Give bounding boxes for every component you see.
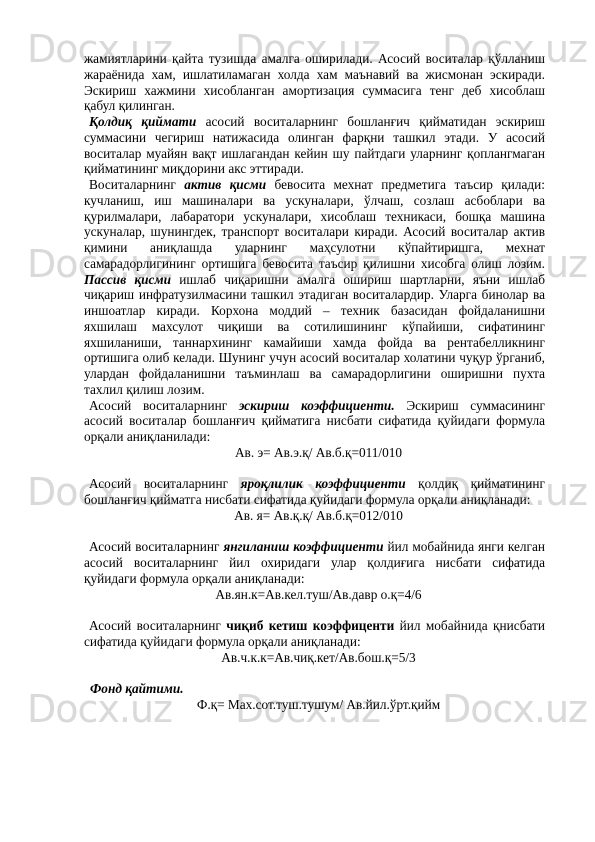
document-page: жамиятларини қайта тузишда амалга оширил… [84,51,545,713]
blank-line [84,665,545,681]
paragraph-text: Асосий воситаларнинг [89,398,239,413]
paragraph-retirement-coefficient: Асосий воситаларнинг чиқиб кетиш коэффиц… [84,618,545,650]
term-passive-part: Пассив қисми [84,272,171,287]
paragraph-text: Воситаларнинг [89,177,184,192]
term-residual-value: Қолдиқ қиймати [89,114,196,129]
formula-retirement: Ав.ч.к.к=Ав.чиқ.кет/Ав.бош.қ=5/3 [84,650,545,666]
paragraph-text: Асосий воситаларнинг [89,476,241,491]
paragraph-text: ишлаб чиқаришни амалга ошириш шартларни,… [84,272,545,397]
paragraph-active-passive-parts: Воситаларнинг актив қисми бевосита мехна… [84,177,545,398]
term-retirement-coefficient: чиқиб кетиш коэффиценти [226,618,394,633]
paragraph-text: жамиятларини қайта тузишда амалга оширил… [84,51,545,113]
paragraph-depreciation-intro: жамиятларини қайта тузишда амалга оширил… [84,51,545,114]
formula-renewal: Ав.ян.к=Ав.кел.туш/Ав.давр о.қ=4/6 [84,587,545,603]
paragraph-wear-coefficient: Асосий воситаларнинг эскириш коэффициент… [84,398,545,445]
term-usability-coefficient: яроқлилик коэффициенти [241,476,406,491]
paragraph-residual-value: Қолдиқ қиймати асосий воситаларнинг бошл… [84,114,545,177]
blank-line [84,524,545,540]
paragraph-renewal-coefficient: Асосий воситаларнинг янгиланиш коэффицие… [84,539,545,586]
paragraph-text: Асосий воситаларнинг [89,618,226,633]
formula-usability: Ав. я= Ав.қ.қ/ Ав.б.қ=012/010 [84,508,545,524]
formula-wear: Ав. э= Ав.э.қ/ Ав.б.қ=011/010 [84,445,545,461]
paragraph-text: Асосий воситаларнинг [89,539,223,554]
blank-line [84,602,545,618]
term-renewal-coefficient: янгиланиш коэффициенти [223,539,383,554]
term-wear-coefficient: эскириш коэффициенти. [239,398,395,413]
blank-line [84,461,545,477]
term-active-part: актив қисми [184,177,266,192]
section-title-fund-return: Фонд қайтими. [84,681,545,697]
formula-fund-return: Ф.қ= Мах.сот.туш.тушум/ Ав.йил.ўрт.қийм [84,697,545,713]
paragraph-usability-coefficient: Асосий воситаларнинг яроқлилик коэффицие… [84,476,545,508]
